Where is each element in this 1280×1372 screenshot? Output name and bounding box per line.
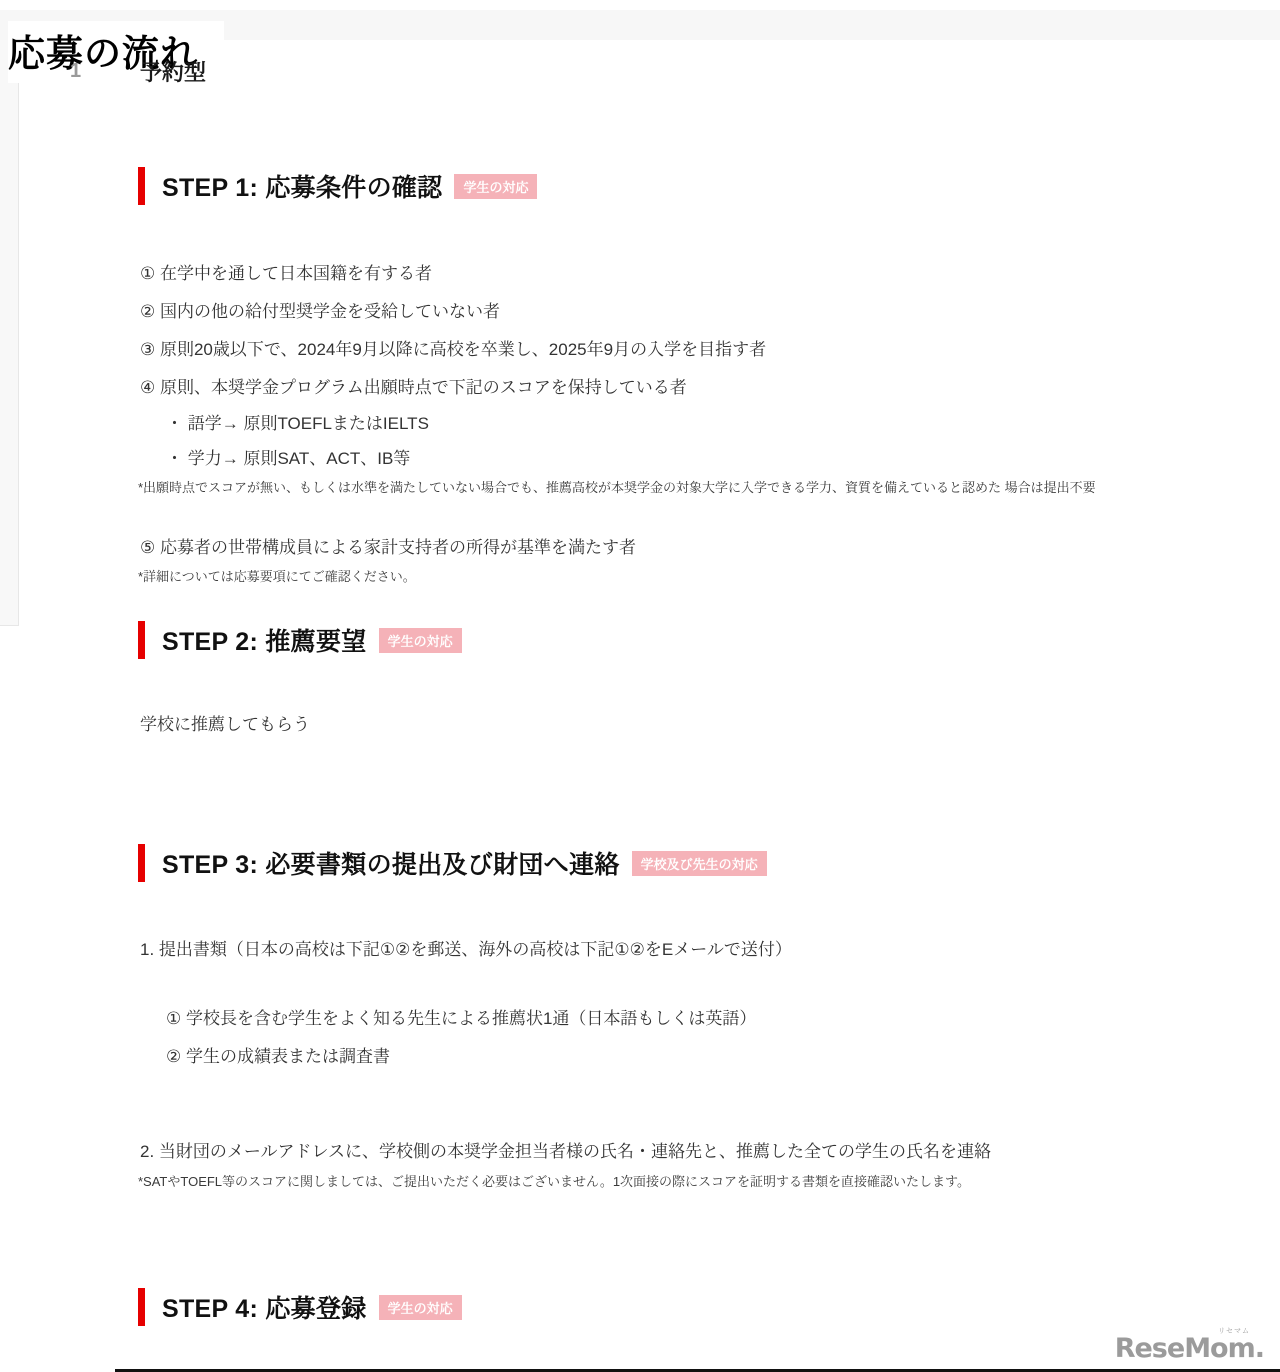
numbered-item: 1. 提出書類（日本の高校は下記①②を郵送、海外の高校は下記①②をEメールで送付… [140,935,792,960]
footnote: *SATやTOEFL等のスコアに関しましては、ご提出いただく必要はございません。… [138,1171,970,1190]
list-item: ② 国内の他の給付型奨学金を受給していない者 [140,297,500,322]
red-accent-bar [138,1288,145,1326]
left-gutter [0,40,19,626]
resemom-logo-text: ReseMom. [1115,1333,1264,1364]
step3-title: STEP 3: 必要書類の提出及び財団へ連絡 [162,845,620,881]
step3-badge: 学校及び先生の対応 [632,851,767,876]
resemom-logo-ruby: リセマム [1218,1326,1250,1336]
sub-list-item: ① 学校長を含む学生をよく知る先生による推薦状1通（日本語もしくは英語） [166,1004,756,1029]
step2-body: 学校に推薦してもらう [140,710,310,735]
list-item-title: 予約型 [140,56,206,87]
red-accent-bar [138,621,145,659]
step1-title: STEP 1: 応募条件の確認 [162,168,442,204]
step1-heading: STEP 1: 応募条件の確認 学生の対応 [138,167,537,205]
numbered-item: 2. 当財団のメールアドレスに、学校側の本奨学金担当者様の氏名・連絡先と、推薦し… [140,1137,991,1162]
step4-title: STEP 4: 応募登録 [162,1289,367,1325]
step1-badge: 学生の対応 [454,174,537,199]
sub-list-item: ・ 語学→ 原則TOEFLまたはIELTS [166,409,429,434]
list-number: 1 [70,60,81,83]
step2-badge: 学生の対応 [379,628,462,653]
list-item: ③ 原則20歳以下で、2024年9月以降に高校を卒業し、2025年9月の入学を目… [140,335,766,360]
step2-title: STEP 2: 推薦要望 [162,622,367,658]
footnote: *詳細については応募要項にてご確認ください。 [138,566,416,585]
step2-heading: STEP 2: 推薦要望 学生の対応 [138,621,462,659]
step4-badge: 学生の対応 [379,1295,462,1320]
list-item: ⑤ 応募者の世帯構成員による家計支持者の所得が基準を満たす者 [140,533,636,558]
footnote: *出願時点でスコアが無い、もしくは水準を満たしていない場合でも、推薦高校が本奨学… [138,477,1096,496]
sub-list-item: ・ 学力→ 原則SAT、ACT、IB等 [166,444,410,469]
list-item: ① 在学中を通して日本国籍を有する者 [140,259,432,284]
red-accent-bar [138,167,145,205]
step4-heading: STEP 4: 応募登録 学生の対応 [138,1288,462,1326]
resemom-logo: リセマム ReseMom. [1115,1333,1264,1364]
list-item: ④ 原則、本奨学金プログラム出願時点で下記のスコアを保持している者 [140,373,687,398]
sub-list-item: ② 学生の成績表または調査書 [166,1042,390,1067]
red-accent-bar [138,844,145,882]
step3-heading: STEP 3: 必要書類の提出及び財団へ連絡 学校及び先生の対応 [138,844,767,882]
